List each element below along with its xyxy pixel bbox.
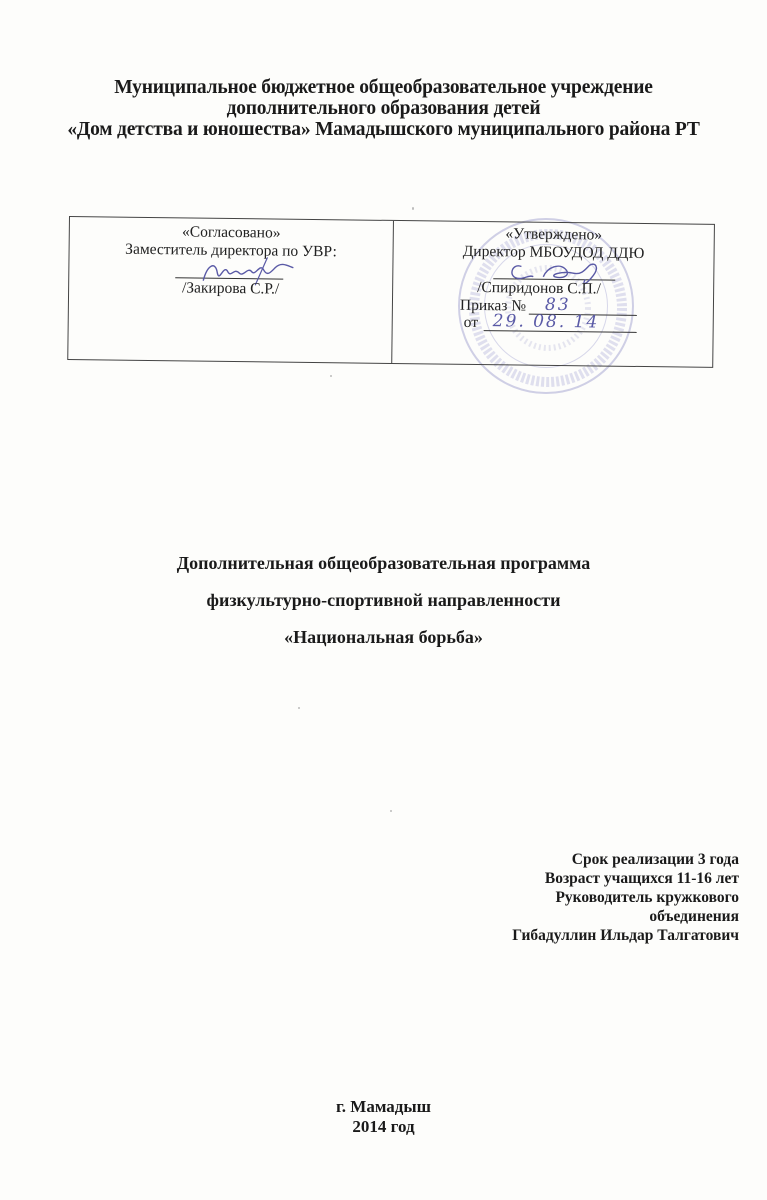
date-value: 29. 08. 14 <box>493 311 600 332</box>
institution-line-3: «Дом детства и юношества» Мамадышского м… <box>0 119 767 140</box>
program-title-line-2: физкультурно-спортивной направленности <box>0 590 767 627</box>
scan-speck <box>390 810 392 812</box>
agreed-name: /Закирова С.Р./ <box>69 278 392 299</box>
program-title-line-1: Дополнительная общеобразовательная прогр… <box>0 553 767 590</box>
institution-line-1: Муниципальное бюджетное общеобразователь… <box>0 77 767 98</box>
approved-cell: «Утверждено» Директор МБОУДОД ДДЮ /Спири… <box>392 221 714 367</box>
implementation-term: Срок реализации 3 года <box>512 850 739 869</box>
footer-city: г. Мамадыш <box>0 1097 767 1117</box>
program-title: Дополнительная общеобразовательная прогр… <box>0 553 767 647</box>
program-title-line-3: «Национальная борьба» <box>0 627 767 647</box>
institution-header: Муниципальное бюджетное общеобразователь… <box>0 77 767 140</box>
agreed-cell: «Согласовано» Заместитель директора по У… <box>68 217 394 363</box>
approval-table: «Согласовано» Заместитель директора по У… <box>67 216 715 368</box>
date-label: от <box>464 314 479 331</box>
scan-speck <box>298 707 300 709</box>
document-footer: г. Мамадыш 2014 год <box>0 1097 767 1137</box>
institution-line-2: дополнительного образования детей <box>0 98 767 119</box>
leader-label-2: объединения <box>512 907 739 926</box>
leader-label-1: Руководитель кружкового <box>512 888 739 907</box>
approved-name: /Спиридонов С.П./ <box>477 279 601 298</box>
student-age: Возраст учащихся 11-16 лет <box>512 869 739 888</box>
scan-speck <box>330 375 332 377</box>
footer-year: 2014 год <box>0 1117 767 1137</box>
program-details: Срок реализации 3 года Возраст учащихся … <box>512 850 739 945</box>
leader-name: Гибадуллин Ильдар Талгатович <box>512 926 739 945</box>
scan-speck <box>412 207 414 210</box>
